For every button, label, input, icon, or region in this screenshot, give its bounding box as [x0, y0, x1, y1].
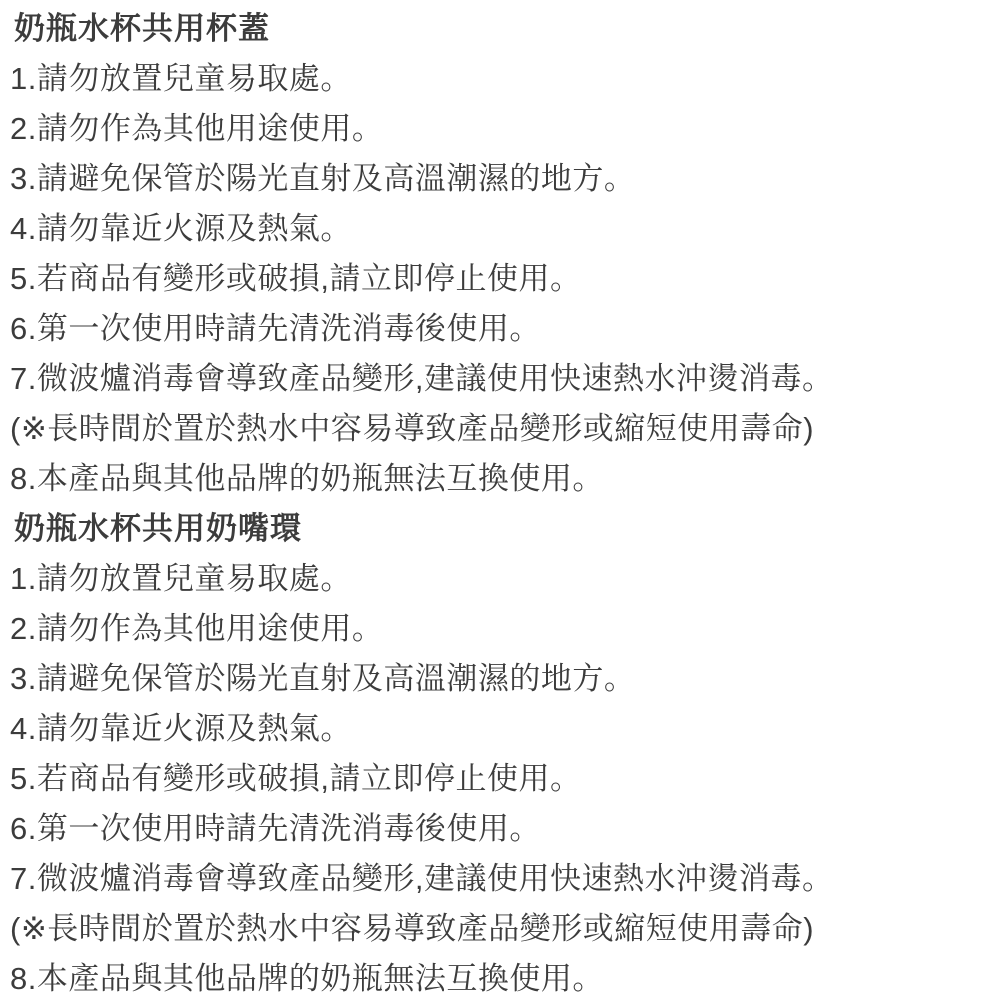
section-1-item-1: 1.請勿放置兒童易取處。 [10, 54, 1000, 104]
section-1-item-7: 7.微波爐消毒會導致產品變形,建議使用快速熱水沖燙消毒。 [10, 354, 1000, 404]
section-2-item-8: 8.本產品與其他品牌的奶瓶無法互換使用。 [10, 954, 1000, 1000]
section-2-note: (※長時間於置於熱水中容易導致產品變形或縮短使用壽命) [10, 904, 1000, 954]
section-1-heading: 奶瓶水杯共用杯蓋 [10, 4, 1000, 54]
section-1-note: (※長時間於置於熱水中容易導致產品變形或縮短使用壽命) [10, 404, 1000, 454]
section-1-item-8: 8.本產品與其他品牌的奶瓶無法互換使用。 [10, 454, 1000, 504]
section-2-item-2: 2.請勿作為其他用途使用。 [10, 604, 1000, 654]
section-2-item-4: 4.請勿靠近火源及熱氣。 [10, 704, 1000, 754]
section-1-item-2: 2.請勿作為其他用途使用。 [10, 104, 1000, 154]
section-2-item-3: 3.請避免保管於陽光直射及高溫潮濕的地方。 [10, 654, 1000, 704]
section-2-item-6: 6.第一次使用時請先清洗消毒後使用。 [10, 804, 1000, 854]
section-1-item-5: 5.若商品有變形或破損,請立即停止使用。 [10, 254, 1000, 304]
section-2-item-7: 7.微波爐消毒會導致產品變形,建議使用快速熱水沖燙消毒。 [10, 854, 1000, 904]
section-2-item-1: 1.請勿放置兒童易取處。 [10, 554, 1000, 604]
section-1-item-4: 4.請勿靠近火源及熱氣。 [10, 204, 1000, 254]
section-2-item-5: 5.若商品有變形或破損,請立即停止使用。 [10, 754, 1000, 804]
section-1-item-6: 6.第一次使用時請先清洗消毒後使用。 [10, 304, 1000, 354]
section-1-item-3: 3.請避免保管於陽光直射及高溫潮濕的地方。 [10, 154, 1000, 204]
section-2-heading: 奶瓶水杯共用奶嘴環 [10, 504, 1000, 554]
instructions-document: 奶瓶水杯共用杯蓋 1.請勿放置兒童易取處。 2.請勿作為其他用途使用。 3.請避… [0, 0, 1000, 1000]
